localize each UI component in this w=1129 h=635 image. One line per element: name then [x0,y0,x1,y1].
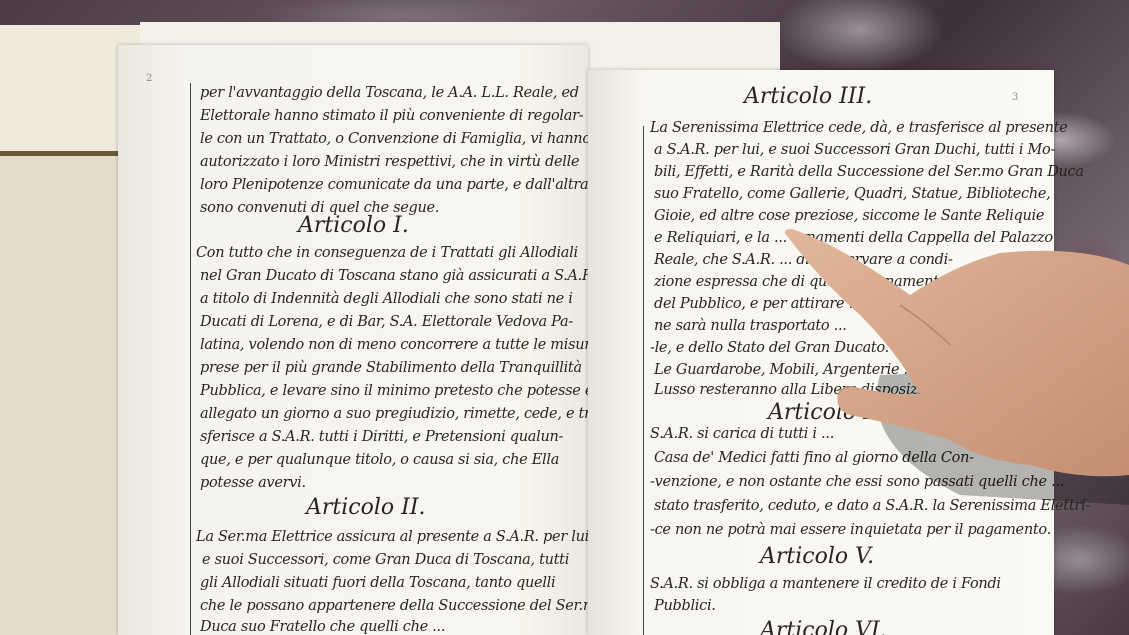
text-line: loro Plenipotenze comunicate da una part… [200,177,588,193]
article-heading: Articolo I. [298,213,409,238]
text-line: Gioie, ed altre cose preziose, siccome l… [654,208,1044,224]
article-heading: Articolo III. [744,84,872,109]
text-line: sferisce a S.A.R. tutti i Diritti, e Pre… [200,429,563,445]
text-line: que, e per qualunque titolo, o causa si … [200,452,559,468]
text-line: nel Gran Ducato di Toscana stano già ass… [200,268,597,284]
page-number: 2 [146,73,152,84]
page-number: 3 [1012,92,1018,103]
manuscript-left-page: 2 per l'avvantaggio della Toscana, le A.… [118,45,588,635]
article-heading: Articolo V. [760,544,874,569]
text-line: che le possano appartenere della Success… [200,598,644,614]
pointing-hand [780,225,1129,505]
text-line: e suoi Successori, come Gran Duca di Tos… [202,552,569,568]
text-line: Ducati di Lorena, e di Bar, S.A. Elettor… [200,314,573,330]
text-line: per l'avvantaggio della Toscana, le A.A.… [200,85,579,101]
text-line: a titolo di Indennità degli Allodiali ch… [200,291,573,307]
text-line: potesse avervi. [200,475,306,491]
text-line: Pubblica, e levare sino il minimo pretes… [200,383,631,399]
text-line: prese per il più grande Stabilimento del… [200,360,582,376]
text-line: le con un Trattato, o Convenzione di Fam… [200,131,591,147]
article-heading: Articolo VI. [760,618,887,635]
text-line: La Ser.ma Elettrice assicura al presente… [196,529,593,545]
margin-rule [643,126,644,635]
text-line: La Serenissima Elettrice cede, dà, e tra… [650,120,1067,136]
mat-lower-panel [0,156,123,635]
text-line: gli Allodiali situati fuori della Toscan… [200,575,555,591]
text-line: autorizzato i loro Ministri respettivi, … [200,154,579,170]
text-line: latina, volendo non di meno concorrere a… [200,337,599,353]
text-line: S.A.R. si obbliga a mantenere il credito… [650,576,1001,592]
text-line: bili, Effetti, e Rarità della Succession… [654,164,1084,180]
text-line: allegato un giorno a suo pregiudizio, ri… [200,406,604,422]
article-heading: Articolo II. [306,495,426,520]
text-line: Con tutto che in conseguenza de i Tratta… [196,245,578,261]
text-line: Duca suo Fratello che quelli che ... [200,619,445,635]
text-line: suo Fratello, come Gallerie, Quadri, Sta… [654,186,1050,202]
text-line: Pubblici. [654,598,716,614]
text-line: -ce non ne potrà mai essere inquietata p… [650,522,1051,538]
margin-rule [190,83,191,635]
text-line: Elettorale hanno stimato il più convenie… [200,108,583,124]
text-line: a S.A.R. per lui, e suoi Successori Gran… [654,142,1055,158]
